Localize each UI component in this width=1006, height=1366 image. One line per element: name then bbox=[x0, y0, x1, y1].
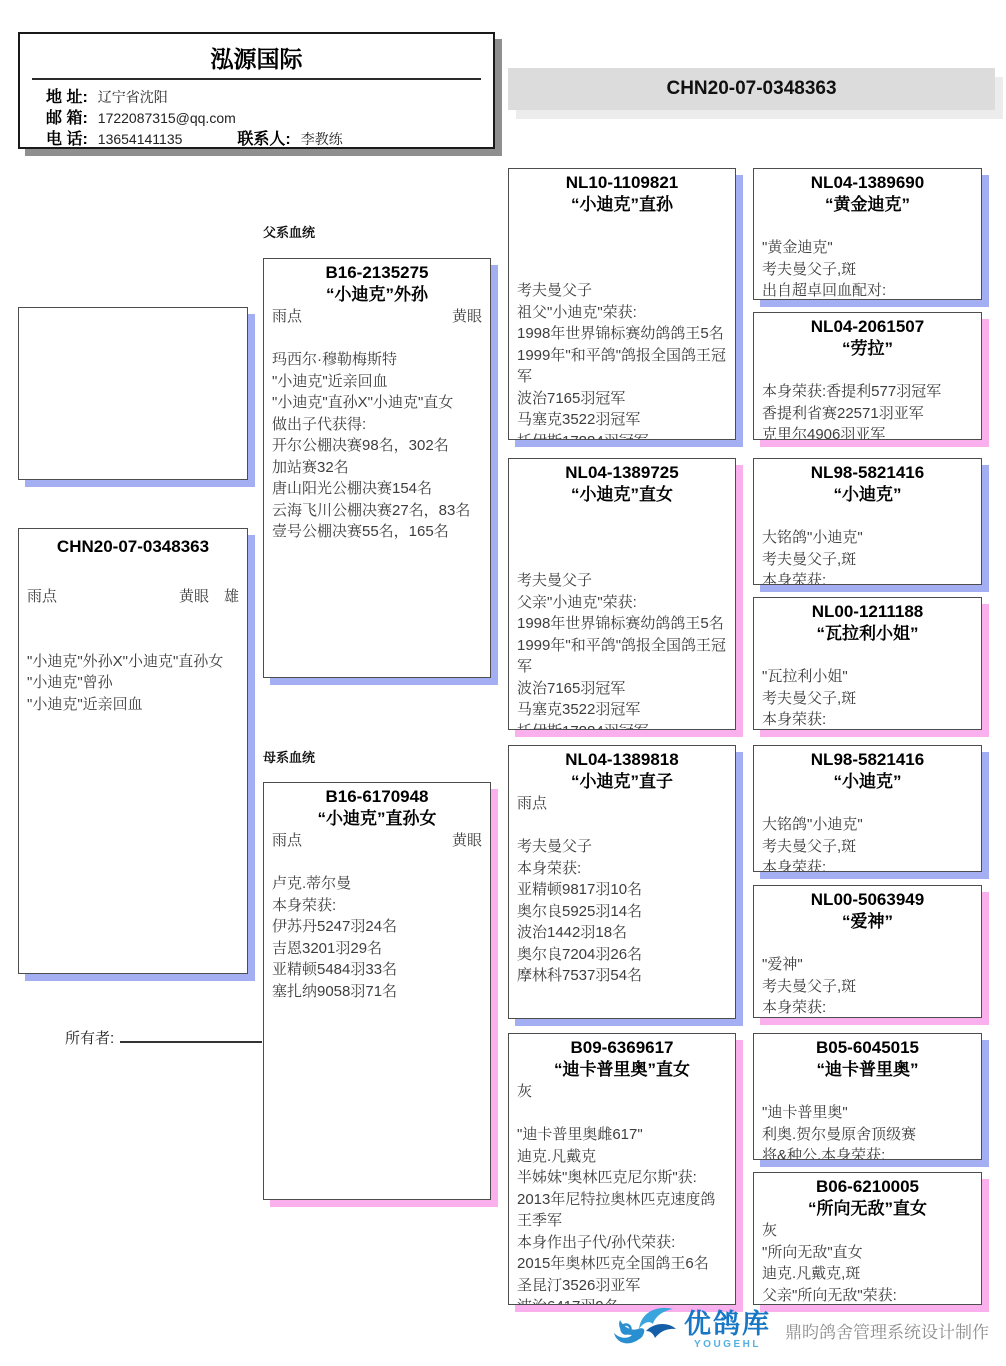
traits-row: 雨点 黄眼 雄 bbox=[27, 586, 239, 608]
pigeon-name: “小迪克”外孙 bbox=[272, 284, 482, 306]
pigeon-details: "瓦拉利小姐" 考夫曼父子,斑 本身荣获: bbox=[762, 666, 973, 730]
ring-number: NL98-5821416 bbox=[762, 749, 973, 771]
granddam-paternal-box: NL04-1389725 “小迪克”直女 考夫曼父子 父亲"小迪克"荣获: 19… bbox=[508, 458, 736, 730]
granddam-maternal-box: B09-6369617 “迪卡普里奥”直女 灰 "迪卡普里奥雌617" 迪克.凡… bbox=[508, 1033, 736, 1305]
ring-number: NL98-5821416 bbox=[762, 462, 973, 484]
traits-row bbox=[517, 506, 727, 527]
credit-text: 鼎昀鸽舍管理系统设计制作 bbox=[785, 1318, 989, 1343]
traits-row bbox=[762, 1081, 973, 1102]
great-grandparent-box-4: NL00-1211188 “瓦拉利小姐” "瓦拉利小姐" 考夫曼父子,斑 本身荣… bbox=[753, 597, 982, 730]
feather-color: 灰 bbox=[517, 1081, 532, 1103]
feather-color: 雨点 bbox=[272, 830, 302, 852]
eye-sex: 黄眼 雄 bbox=[179, 586, 239, 608]
great-grandparent-box-3: NL98-5821416 “小迪克” 大铭鸽"小迪克" 考夫曼父子,斑 本身荣获… bbox=[753, 458, 982, 585]
great-grandparent-box-5: NL98-5821416 “小迪克” 大铭鸽"小迪克" 考夫曼父子,斑 本身荣获… bbox=[753, 745, 982, 872]
email-value: 1722087315@qq.com bbox=[98, 110, 236, 126]
mother-box: B16-6170948 “小迪克”直孙女 雨点 黄眼 卢克.蒂尔曼 本身荣获: … bbox=[263, 782, 491, 1200]
email-label: 邮 箱: bbox=[46, 110, 88, 127]
phone-label: 电 话: bbox=[46, 131, 88, 148]
ring-number: B16-6170948 bbox=[272, 786, 482, 808]
pigeon-name: “小迪克” bbox=[762, 484, 973, 506]
dam-line-label: 母系血统 bbox=[263, 747, 315, 766]
grandsire-paternal-box: NL10-1109821 “小迪克”直孙 考夫曼父子 祖父"小迪克"荣获: 19… bbox=[508, 168, 736, 440]
pigeon-name: “劳拉” bbox=[762, 338, 973, 360]
pigeon-details: "迪卡普里奥雌617" 迪克.凡戴克 半姊妹"奥林匹克尼尔斯"获: 2013年尼… bbox=[517, 1103, 727, 1306]
owner-signature-blank bbox=[120, 1027, 262, 1043]
address-row: 地 址:辽宁省沈阳 bbox=[20, 87, 493, 108]
breeder-info-card: 泓源国际 地 址:辽宁省沈阳 邮 箱:1722087315@qq.com 电 话… bbox=[18, 32, 495, 149]
traits-row: 雨点 bbox=[517, 793, 727, 815]
traits-row: 雨点 黄眼 bbox=[272, 306, 482, 328]
pigeon-name: “小迪克”直孙 bbox=[517, 194, 727, 216]
pigeon-details: "爱神" 考夫曼父子,斑 本身荣获: bbox=[762, 954, 973, 1018]
traits-row: 雨点 黄眼 bbox=[272, 830, 482, 852]
email-row: 邮 箱:1722087315@qq.com bbox=[20, 108, 493, 129]
pigeon-details: "所向无敌"直女 迪克.凡戴克,斑 父亲"所向无敌"荣获: bbox=[762, 1242, 973, 1306]
pigeon-name: “黄金迪克” bbox=[762, 194, 973, 216]
pedigree-page: 泓源国际 地 址:辽宁省沈阳 邮 箱:1722087315@qq.com 电 话… bbox=[0, 0, 1006, 1366]
father-box: B16-2135275 “小迪克”外孙 雨点 黄眼 玛西尔·穆勒梅斯特 "小迪克… bbox=[263, 258, 491, 678]
feather-color: 灰 bbox=[762, 1220, 777, 1242]
address-value: 辽宁省沈阳 bbox=[98, 89, 168, 105]
pigeon-details: "迪卡普里奥" 利奥.贺尔曼原舍顶级赛 将&种公,本身荣获: bbox=[762, 1102, 973, 1160]
traits-row bbox=[762, 793, 973, 814]
logo-text: 优鸽库 bbox=[684, 1311, 771, 1338]
logo-wordmark: 优鸽库 YOUGEHL bbox=[684, 1311, 771, 1350]
eye-color: 黄眼 bbox=[452, 306, 482, 328]
subject-box: CHN20-07-0348363 雨点 黄眼 雄 "小迪克"外孙X"小迪克"直孙… bbox=[18, 528, 248, 974]
owner-label: 所有者: bbox=[65, 1030, 114, 1047]
phone-value: 13654141135 bbox=[98, 131, 183, 147]
traits-row: 灰 bbox=[762, 1220, 973, 1242]
pigeon-details: 玛西尔·穆勒梅斯特 "小迪克"近亲回血 "小迪克"直孙X"小迪克"直女 做出子代… bbox=[272, 328, 482, 543]
pigeon-name: “所向无敌”直女 bbox=[762, 1198, 973, 1220]
great-grandparent-box-1: NL04-1389690 “黄金迪克” "黄金迪克" 考夫曼父子,斑 出自超卓回… bbox=[753, 168, 982, 300]
contact-label: 联系人: bbox=[237, 131, 290, 148]
owner-row: 所有者: bbox=[65, 1027, 262, 1048]
pigeon-name: “小迪克”直女 bbox=[517, 484, 727, 506]
pigeon-name: “瓦拉利小姐” bbox=[762, 623, 973, 645]
ring-number: NL00-1211188 bbox=[762, 601, 973, 623]
pigeon-name: “小迪克”直孙女 bbox=[272, 808, 482, 830]
header-divider bbox=[32, 78, 481, 80]
traits-row: 灰 bbox=[517, 1081, 727, 1103]
sire-line-label: 父系血统 bbox=[263, 222, 315, 241]
pigeon-details: 考夫曼父子 父亲"小迪克"荣获: 1998年世界锦标赛幼鸽鸽王5名 1999年"… bbox=[517, 527, 727, 730]
ring-number: NL00-5063949 bbox=[762, 889, 973, 911]
ring-number: NL04-1389818 bbox=[517, 749, 727, 771]
pigeon-details: 本身荣获:香提利577羽冠军 香提利省赛22571羽亚军 克里尔4906羽亚军 bbox=[762, 381, 973, 440]
ring-number: NL04-1389690 bbox=[762, 172, 973, 194]
org-name: 泓源国际 bbox=[20, 34, 493, 77]
logo-subtext: YOUGEHL bbox=[694, 1339, 761, 1350]
ring-number: B09-6369617 bbox=[517, 1037, 727, 1059]
ring-banner: CHN20-07-0348363 bbox=[508, 68, 995, 110]
ring-number: B06-6210005 bbox=[762, 1176, 973, 1198]
ring-number: NL04-1389725 bbox=[517, 462, 727, 484]
pigeon-name: “迪卡普里奥” bbox=[762, 1059, 973, 1081]
pigeon-name: “爱神” bbox=[762, 911, 973, 933]
great-grandparent-box-7: B05-6045015 “迪卡普里奥” "迪卡普里奥" 利奥.贺尔曼原舍顶级赛 … bbox=[753, 1033, 982, 1160]
ring-number: NL10-1109821 bbox=[517, 172, 727, 194]
ring-number: B16-2135275 bbox=[272, 262, 482, 284]
phone-row: 电 话:13654141135联系人:李教练 bbox=[20, 129, 493, 150]
pigeon-details: 考夫曼父子 本身荣获: 亚精顿9817羽10名 奥尔良5925羽14名 波治14… bbox=[517, 815, 727, 987]
pigeon-details: 卢克.蒂尔曼 本身荣获: 伊苏丹5247羽24名 吉恩3201羽29名 亚精顿5… bbox=[272, 852, 482, 1003]
photo-placeholder bbox=[18, 307, 248, 480]
traits-row bbox=[762, 933, 973, 954]
traits-row bbox=[762, 645, 973, 666]
feather-color: 雨点 bbox=[517, 793, 547, 815]
traits-row bbox=[762, 216, 973, 237]
pigeon-details: 大铭鸽"小迪克" 考夫曼父子,斑 本身荣获: bbox=[762, 527, 973, 585]
pigeon-details: "小迪克"外孙X"小迪克"直孙女 "小迪克"曾孙 "小迪克"近亲回血 bbox=[27, 608, 239, 716]
ring-number: NL04-2061507 bbox=[762, 316, 973, 338]
address-label: 地 址: bbox=[46, 89, 88, 106]
pigeon-name: “小迪克”直子 bbox=[517, 771, 727, 793]
pigeon-details: 考夫曼父子 祖父"小迪克"荣获: 1998年世界锦标赛幼鸽鸽王5名 1999年"… bbox=[517, 237, 727, 440]
feather-color: 雨点 bbox=[27, 586, 57, 608]
pigeon-details: "黄金迪克" 考夫曼父子,斑 出自超卓回血配对: bbox=[762, 237, 973, 300]
great-grandparent-box-2: NL04-2061507 “劳拉” 本身荣获:香提利577羽冠军 香提利省赛22… bbox=[753, 312, 982, 440]
feather-color: 雨点 bbox=[272, 306, 302, 328]
pigeon-name bbox=[27, 558, 239, 562]
footer-brand: 优鸽库 YOUGEHL 鼎昀鸽舍管理系统设计制作 bbox=[612, 1302, 989, 1359]
grandsire-maternal-box: NL04-1389818 “小迪克”直子 雨点 考夫曼父子 本身荣获: 亚精顿9… bbox=[508, 745, 736, 1019]
great-grandparent-box-8: B06-6210005 “所向无敌”直女 灰 "所向无敌"直女 迪克.凡戴克,斑… bbox=[753, 1172, 982, 1305]
pigeon-details: 大铭鸽"小迪克" 考夫曼父子,斑 本身荣获: bbox=[762, 814, 973, 872]
pigeon-name: “迪卡普里奥”直女 bbox=[517, 1059, 727, 1081]
eye-color: 黄眼 bbox=[452, 830, 482, 852]
pigeon-name: “小迪克” bbox=[762, 771, 973, 793]
ring-number: B05-6045015 bbox=[762, 1037, 973, 1059]
great-grandparent-box-6: NL00-5063949 “爱神” "爱神" 考夫曼父子,斑 本身荣获: bbox=[753, 885, 982, 1018]
yougeku-logo-icon bbox=[612, 1302, 678, 1359]
traits-row bbox=[762, 506, 973, 527]
ring-number: CHN20-07-0348363 bbox=[27, 532, 239, 558]
contact-value: 李教练 bbox=[301, 131, 343, 147]
traits-row bbox=[517, 216, 727, 237]
traits-row bbox=[762, 360, 973, 381]
